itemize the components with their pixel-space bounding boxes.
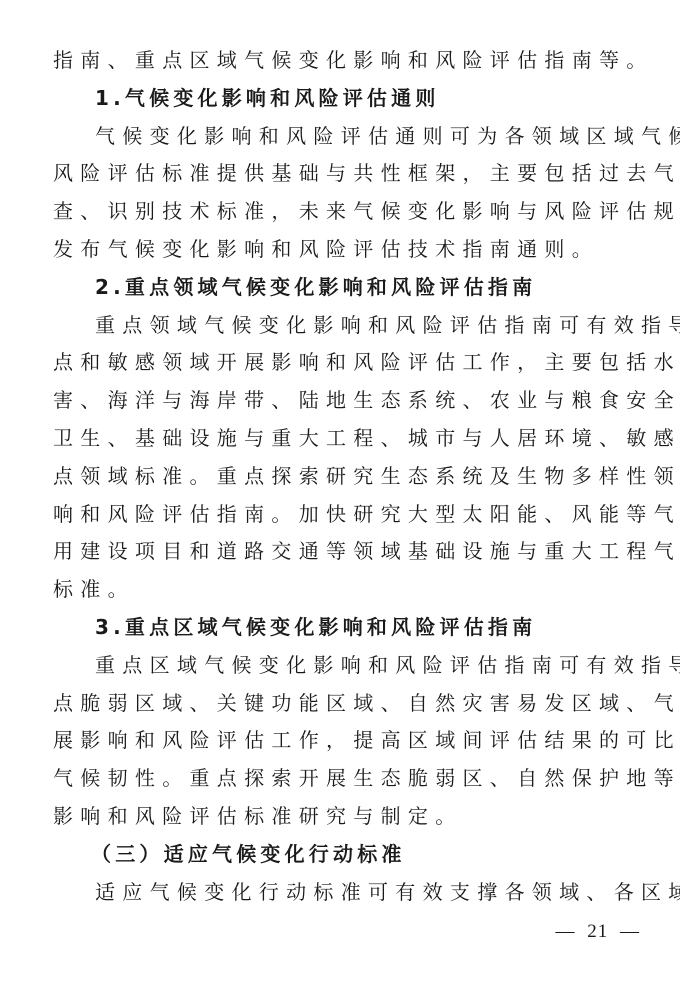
section-heading-subsection: （三）适应气候变化行动标准 — [53, 836, 643, 874]
body-line: 点和敏感领域开展影响和风险评估工作，主要包括水资源、自然灾 — [53, 344, 643, 382]
paragraph-first-line: 适应气候变化行动标准可有效支撑各领域、各区域适应气候变 — [53, 874, 643, 912]
body-line: 响和风险评估指南。加快研究大型太阳能、风能等气候资源开发利 — [53, 496, 643, 534]
body-line: 害、海洋与海岸带、陆地生态系统、农业与粮食安全、健康与公共 — [53, 382, 643, 420]
section-heading-1: 1.气候变化影响和风险评估通则 — [53, 80, 643, 118]
body-line: 影响和风险评估标准研究与制定。 — [53, 798, 643, 836]
section-heading-3: 3.重点区域气候变化影响和风险评估指南 — [53, 609, 643, 647]
page-number: — 21 — — [556, 921, 641, 943]
paragraph-first-line: 重点领域气候变化影响和风险评估指南可有效指导和规范在重 — [53, 307, 643, 345]
body-line: 用建设项目和道路交通等领域基础设施与重大工程气候可行性论证 — [53, 533, 643, 571]
body-line: 指南、重点区域气候变化影响和风险评估指南等。 — [53, 42, 643, 80]
body-line: 展影响和风险评估工作，提高区域间评估结果的可比性，增强区域 — [53, 722, 643, 760]
paragraph-first-line: 重点区域气候变化影响和风险评估指南可有效指导和规范在重 — [53, 647, 643, 685]
body-line: 查、识别技术标准，未来气候变化影响与风险评估规范。加快制定 — [53, 193, 643, 231]
body-line: 点领域标准。重点探索研究生态系统及生物多样性领域气候变化影 — [53, 458, 643, 496]
body-line: 点脆弱区域、关键功能区域、自然灾害易发区域、气候敏感流域开 — [53, 685, 643, 723]
body-line: 气候韧性。重点探索开展生态脆弱区、自然保护地等区域气候变化 — [53, 760, 643, 798]
body-line: 风险评估标准提供基础与共性框架，主要包括过去气候变化影响调 — [53, 155, 643, 193]
document-page: 指南、重点区域气候变化影响和风险评估指南等。 1.气候变化影响和风险评估通则 气… — [53, 42, 643, 911]
section-heading-2: 2.重点领域气候变化影响和风险评估指南 — [53, 269, 643, 307]
body-line: 卫生、基础设施与重大工程、城市与人居环境、敏感二三产业等重 — [53, 420, 643, 458]
paragraph-first-line: 气候变化影响和风险评估通则可为各领域区域气候变化影响和 — [53, 118, 643, 156]
body-line: 发布气候变化影响和风险评估技术指南通则。 — [53, 231, 643, 269]
body-line: 标准。 — [53, 571, 643, 609]
